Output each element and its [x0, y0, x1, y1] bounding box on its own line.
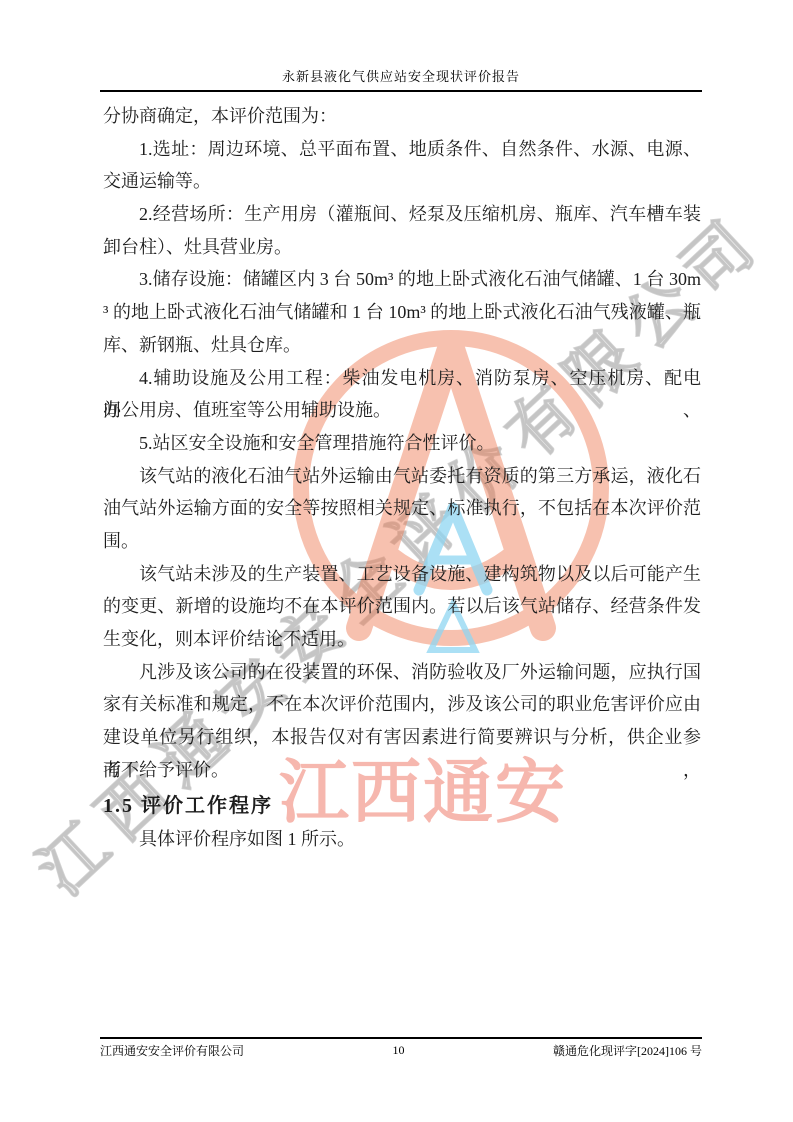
body-line: 该气站的液化石油气站外运输由气站委托有资质的第三方承运，液化石	[103, 460, 701, 493]
body-line: 库、新钢瓶、灶具仓库。	[103, 329, 701, 362]
footer-rule	[100, 1037, 702, 1039]
body-line: 该气站未涉及的生产装置、工艺设备设施、建构筑物以及以后可能产生	[103, 558, 701, 591]
body-lines: 分协商确定，本评价范围为：1.选址：周边环境、总平面布置、地质条件、自然条件、水…	[103, 100, 701, 786]
body-line: 建设单位另行组织，本报告仅对有害因素进行简要辨识与分析，供企业参考，	[103, 721, 701, 754]
document-page: 江西通安安全评价有限公司 江西通安 永新县液化气供应站安全现状评价报告 分协商确…	[0, 0, 793, 1122]
body-line: 1.选址：周边环境、总平面布置、地质条件、自然条件、水源、电源、	[103, 133, 701, 166]
body-text-block: 分协商确定，本评价范围为：1.选址：周边环境、总平面布置、地质条件、自然条件、水…	[103, 100, 701, 856]
section-heading-1-5: 1.5 评价工作程序	[103, 790, 701, 823]
body-line: 生变化，则本评价结论不适用。	[103, 623, 701, 656]
page-footer: 江西通安安全评价有限公司 10 赣通危化现评字[2024]106 号	[100, 1042, 702, 1059]
section-first-paragraph: 具体评价程序如图 1 所示。	[103, 823, 701, 856]
header-rule	[100, 90, 702, 92]
body-line: 的变更、新增的设施均不在本评价范围内。若以后该气站储存、经营条件发	[103, 590, 701, 623]
body-line: 家有关标准和规定，不在本次评价范围内，涉及该公司的职业危害评价应由	[103, 688, 701, 721]
footer-document-number: 赣通危化现评字[2024]106 号	[553, 1042, 702, 1059]
body-line: 围。	[103, 525, 701, 558]
body-line: ³ 的地上卧式液化石油气储罐和 1 台 10m³ 的地上卧式液化石油气残液罐、瓶	[103, 296, 701, 329]
body-line: 5.站区安全设施和安全管理措施符合性评价。	[103, 427, 701, 460]
body-line: 凡涉及该公司的在役装置的环保、消防验收及厂外运输问题，应执行国	[103, 656, 701, 689]
body-line: 交通运输等。	[103, 165, 701, 198]
footer-company-name: 江西通安安全评价有限公司	[100, 1042, 244, 1059]
page-header-title: 永新县液化气供应站安全现状评价报告	[100, 66, 702, 85]
body-line: 分协商确定，本评价范围为：	[103, 100, 701, 133]
body-line: 2.经营场所：生产用房（灌瓶间、烃泵及压缩机房、瓶库、汽车槽车装	[103, 198, 701, 231]
page-content: 永新县液化气供应站安全现状评价报告 分协商确定，本评价范围为：1.选址：周边环境…	[0, 0, 793, 1122]
body-line: 卸台柱）、灶具营业房。	[103, 231, 701, 264]
body-line: 3.储存设施：储罐区内 3 台 50m³ 的地上卧式液化石油气储罐、1 台 30…	[103, 263, 701, 296]
footer-page-number: 10	[393, 1043, 405, 1058]
body-line: 油气站外运输方面的安全等按照相关规定、标准执行，不包括在本次评价范	[103, 492, 701, 525]
body-line: 4.辅助设施及公用工程：柴油发电机房、消防泵房、空压机房、配电间、	[103, 362, 701, 395]
